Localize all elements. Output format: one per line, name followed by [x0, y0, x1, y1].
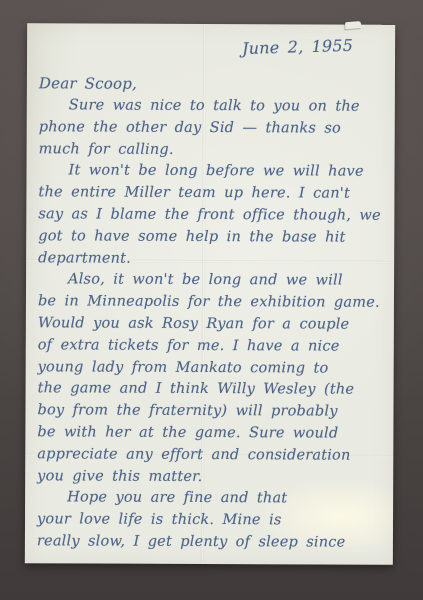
letter-line: Hope you are fine and that [37, 488, 387, 511]
letter-line: Sure was nice to talk to you on the [39, 95, 389, 118]
letter-line: department. [38, 248, 388, 271]
letter-line: the entire Miller team up here. I can't [38, 182, 388, 205]
letter-line: got to have some help in the base hit [38, 226, 388, 249]
letter-line: Would you ask Rosy Ryan for a couple [38, 313, 388, 336]
photo-background: June 2, 1955 Dear Scoop, Sure was nice t… [0, 0, 423, 600]
letter-line: be with her at the game. Sure would [37, 422, 387, 445]
letter-line: boy from the fraternity) will probably [37, 400, 387, 423]
letter-date: June 2, 1955 [242, 36, 354, 58]
letter-paper: June 2, 1955 Dear Scoop, Sure was nice t… [25, 23, 395, 565]
letter-line: much for calling. [39, 139, 389, 162]
letter-salutation: Dear Scoop, [39, 74, 137, 92]
letter-line: the game and I think Willy Wesley (the [38, 379, 388, 402]
letter-line: young lady from Mankato coming to [38, 357, 388, 380]
letter-line: be in Minneapolis for the exhibition gam… [38, 291, 388, 314]
letter-line: you give this matter. [37, 466, 387, 489]
letter-body: Sure was nice to talk to you on thephone… [37, 95, 389, 554]
letter-line: your love life is thick. Mine is [37, 509, 387, 532]
letter-line: say as I blame the front office though, … [38, 204, 388, 227]
letter-line: really slow, I get plenty of sleep since [37, 531, 387, 554]
letter-line: appreciate any effort and consideration [37, 444, 387, 467]
letter-line: phone the other day Sid — thanks so [39, 117, 389, 140]
letter-line: of extra tickets for me. I have a nice [38, 335, 388, 358]
letter-line: It won't be long before we will have [38, 161, 388, 184]
letter-line: Also, it won't be long and we will [38, 270, 388, 293]
paper-tear-notch [345, 21, 362, 29]
